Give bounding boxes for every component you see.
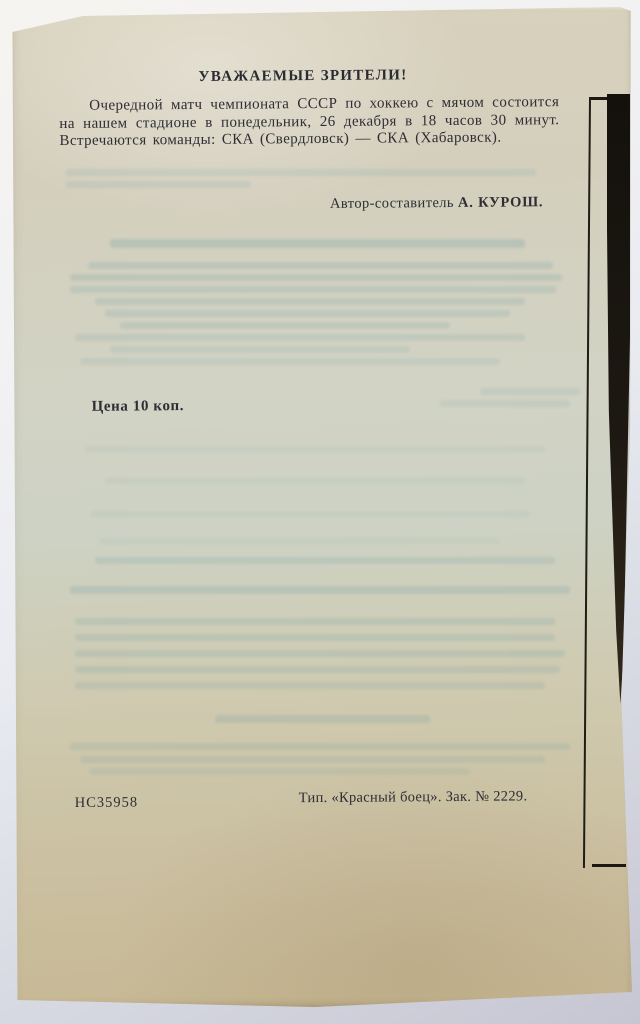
photo-backdrop: УВАЖАЕМЫЕ ЗРИТЕЛИ! Очередной матч чемпио…	[0, 0, 640, 1024]
printer-imprint: Тип. «Красный боец». Зак. № 2229.	[299, 788, 528, 807]
program-back-page: УВАЖАЕМЫЕ ЗРИТЕЛИ! Очередной матч чемпио…	[10, 6, 632, 1008]
printed-content: УВАЖАЕМЫЕ ЗРИТЕЛИ! Очередной матч чемпио…	[6, 4, 636, 1011]
print-code: НС35958	[75, 794, 139, 811]
author-credit-label: Автор-составитель	[330, 195, 454, 212]
match-announcement: Очередной матч чемпионата СССР по хоккею…	[59, 94, 559, 151]
author-name: А. КУРОШ.	[458, 194, 544, 211]
notice-heading: УВАЖАЕМЫЕ ЗРИТЕЛИ!	[7, 66, 629, 88]
imprint-row: НС35958 Тип. «Красный боец». Зак. № 2229…	[13, 788, 635, 793]
price-label: Цена 10 коп.	[92, 398, 185, 416]
announcement-line: Встречаются команды: СКА (Свердловск) — …	[59, 129, 559, 151]
author-credit: Автор-составитель А. КУРОШ.	[330, 194, 543, 213]
